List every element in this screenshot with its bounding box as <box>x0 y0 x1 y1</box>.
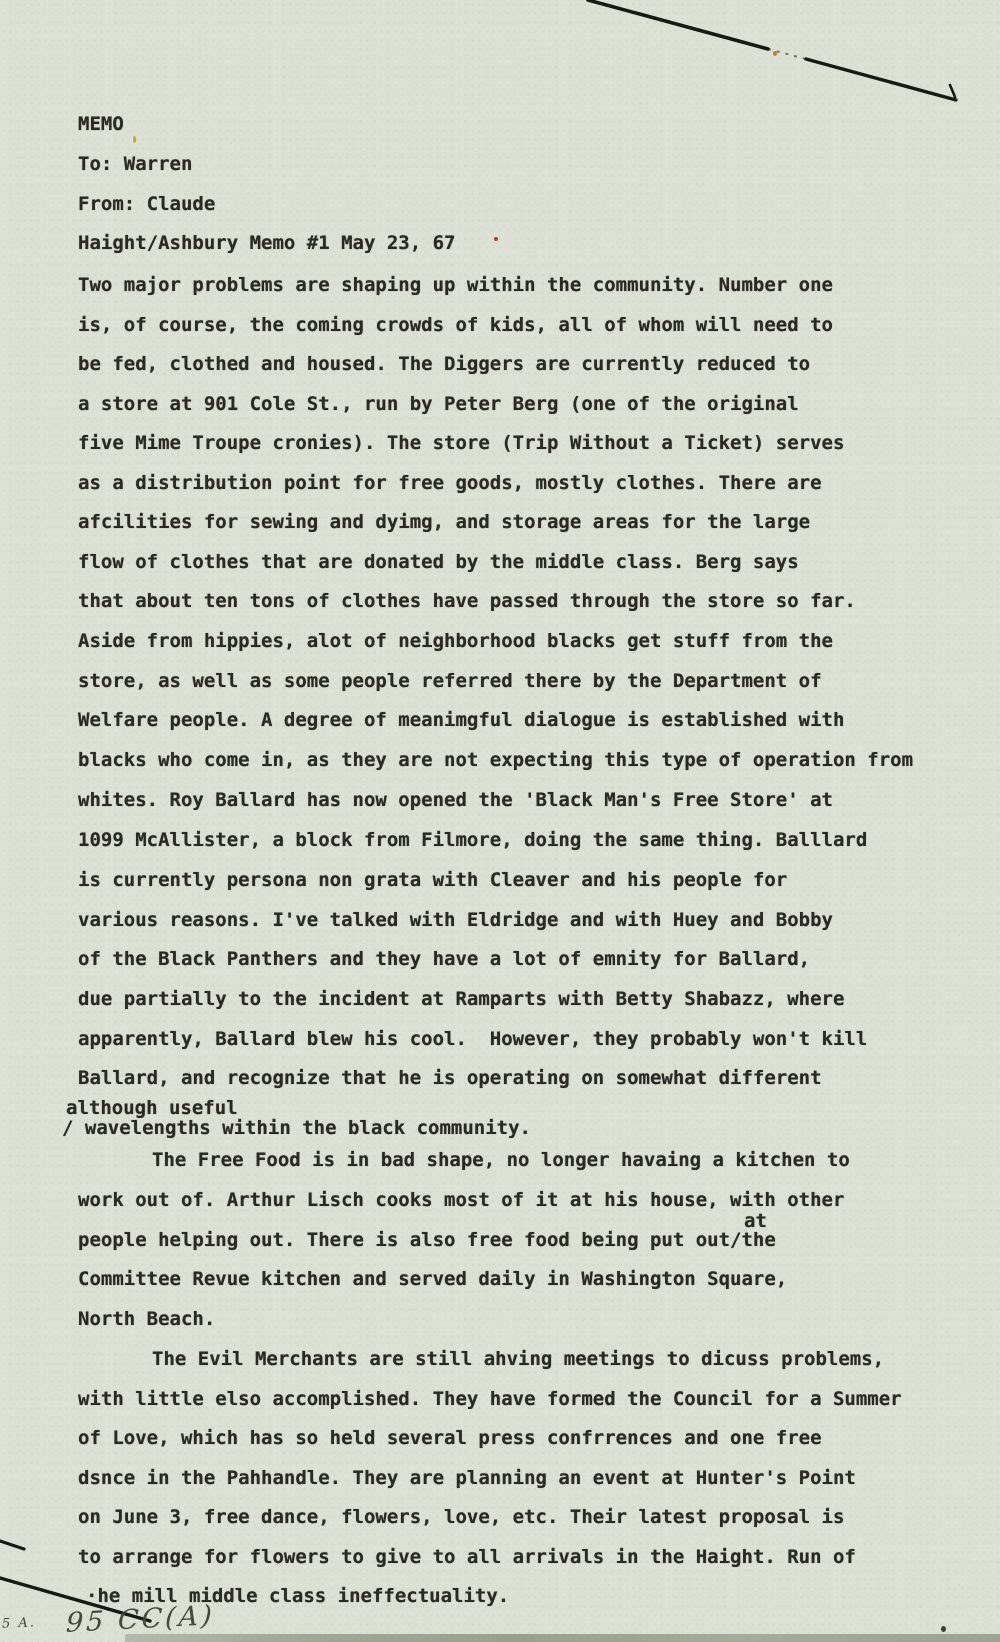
memo-line: flow of clothes that are donated by the … <box>78 550 799 574</box>
memo-line: with little elso accomplished. They have… <box>78 1387 902 1411</box>
memo-line: blacks who come in, as they are not expe… <box>78 748 913 772</box>
memo-line: Committee Revue kitchen and served daily… <box>78 1267 787 1291</box>
paper-speck <box>941 1626 946 1632</box>
memo-page: MEMOTo: WarrenFrom: ClaudeHaight/Ashbury… <box>0 0 1000 1642</box>
memo-line: apparently, Ballard blew his cool. Howev… <box>78 1027 867 1051</box>
paper-speck <box>133 136 136 143</box>
memo-to: To: Warren <box>78 152 192 176</box>
memo-line: work out of. Arthur Lisch cooks most of … <box>78 1188 844 1212</box>
memo-line: Ballard, and recognize that he is operat… <box>78 1066 822 1090</box>
memo-line: various reasons. I've talked with Eldrid… <box>78 908 833 932</box>
memo-line: as a distribution point for free goods, … <box>78 471 822 495</box>
memo-line: Aside from hippies, alot of neighborhood… <box>78 629 833 653</box>
memo-line: North Beach. <box>78 1307 215 1331</box>
memo-line: that about ten tons of clothes have pass… <box>78 589 856 613</box>
memo-line: The Evil Merchants are still ahving meet… <box>152 1347 884 1371</box>
memo-line: Welfare people. A degree of meanimgful d… <box>78 708 844 732</box>
memo-line: whites. Roy Ballard has now opened the '… <box>78 788 833 812</box>
memo-line: to arrange for flowers to give to all ar… <box>78 1545 856 1569</box>
handwritten-annotation-small: 5 A. <box>2 1615 36 1631</box>
memo-line: on June 3, free dance, flowers, love, et… <box>78 1505 844 1529</box>
scan-dash-left-edge <box>0 1541 24 1549</box>
memo-line: 1099 McAllister, a block from Filmore, d… <box>78 828 867 852</box>
scan-tick-mark <box>950 85 955 97</box>
paper-speck <box>773 51 777 56</box>
memo-line: is currently persona non grata with Clea… <box>78 868 787 892</box>
memo-line: people helping out. There is also free f… <box>78 1228 776 1252</box>
memo-line: Two major problems are shaping up within… <box>78 273 833 297</box>
scan-edge-strip <box>125 1634 1000 1642</box>
memo-line: of Love, which has so held several press… <box>78 1426 822 1450</box>
memo-from: From: Claude <box>78 192 215 216</box>
memo-title: MEMO <box>78 112 124 136</box>
memo-line: dsnce in the Pahhandle. They are plannin… <box>78 1466 856 1490</box>
memo-line: five Mime Troupe cronies). The store (Tr… <box>78 431 844 455</box>
memo-line: a store at 901 Cole St., run by Peter Be… <box>78 392 799 416</box>
memo-line: afcilities for sewing and dyimg, and sto… <box>78 510 810 534</box>
memo-line: store, as well as some people referred t… <box>78 669 822 693</box>
memo-line: The Free Food is in bad shape, no longer… <box>152 1148 850 1172</box>
memo-line: be fed, clothed and housed. The Diggers … <box>78 352 810 376</box>
memo-subject: Haight/Ashbury Memo #1 May 23, 67 <box>78 231 456 255</box>
paper-speck <box>494 237 498 241</box>
memo-line: is, of course, the coming crowds of kids… <box>78 313 833 337</box>
memo-line: due partially to the incident at Rampart… <box>78 987 844 1011</box>
memo-line: / wavelengths within the black community… <box>62 1116 531 1140</box>
memo-line: of the Black Panthers and they have a lo… <box>78 947 810 971</box>
